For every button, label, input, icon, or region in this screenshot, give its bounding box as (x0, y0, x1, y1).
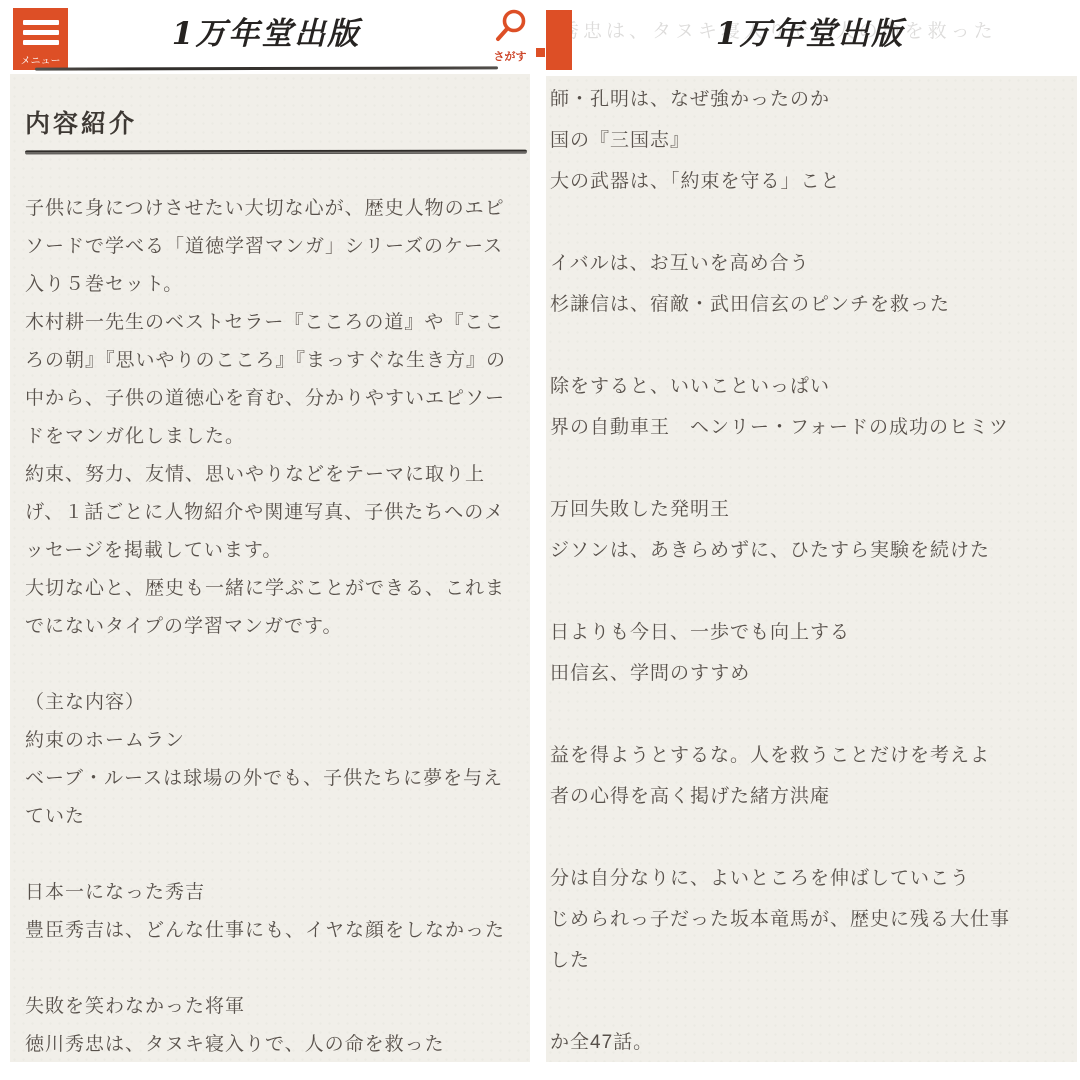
text-line: 益を得ようとするな。人を救うことだけを考えよ (550, 735, 1010, 776)
text-line: 日よりも今日、一歩でも向上する (550, 612, 1010, 653)
text-line: 入り５巻セット。 (25, 266, 530, 304)
text-line: 徳川秀忠は、タヌキ寝入りで、人の命を救った (25, 1026, 530, 1064)
text-line: ジソンは、あきらめずに、ひたすら実験を続けた (550, 530, 1010, 571)
text-line: 分は自分なりに、よいところを伸ばしていこう (550, 858, 1010, 899)
text-line: 子供に身につけさせたい大切な心が、歴史人物のエピ (25, 190, 530, 228)
section-title-underline (25, 150, 527, 155)
text-line: げ、１話ごとに人物紹介や関連写真、子供たちへのメ (25, 494, 530, 532)
text-line: 除をすると、いいこといっぱい (550, 366, 1010, 407)
text-line: 豊臣秀吉は、どんな仕事にも、イヤな顔をしなかった (25, 912, 530, 950)
text-line: イバルは、お互いを高め合う (550, 243, 1010, 284)
text-line: でにないタイプの学習マンガです。 (25, 608, 530, 646)
menu-button-fragment (536, 48, 545, 57)
text-line: ろの朝』『思いやりのこころ』『まっすぐな生き方』の (25, 342, 530, 380)
text-line: 中から、子供の道徳心を育む、分かりやすいエピソー (25, 380, 530, 418)
text-line: 木村耕一先生のベストセラー『こころの道』や『ここ (25, 304, 530, 342)
right-header: 秀忠は、タヌキ寝入りで、人の命を救った 1万年堂出版 (540, 0, 1080, 74)
text-line: 約束のホームラン (25, 722, 530, 760)
description-text-continued: 師・孔明は、なぜ強かったのか国の『三国志』大の武器は、「約束を守る」ことイバルは… (550, 79, 1010, 1062)
menu-button-label: メニュー (21, 52, 61, 67)
text-line: 国の『三国志』 (550, 120, 1010, 161)
text-line: 大切な心と、歴史も一緒に学ぶことができる、これま (25, 570, 530, 608)
text-line: 約束、努力、友情、思いやりなどをテーマに取り上 (25, 456, 530, 494)
right-screenshot-panel: 秀忠は、タヌキ寝入りで、人の命を救った 1万年堂出版 師・孔明は、なぜ強かったの… (540, 0, 1080, 1080)
left-header: メニュー 1万年堂出版 さがす (0, 0, 532, 74)
text-line: ベーブ・ルースは球場の外でも、子供たちに夢を与え (25, 760, 530, 798)
text-line (550, 571, 1010, 612)
text-line: （主な内容） (25, 684, 530, 722)
site-title: 1万年堂出版 (540, 8, 1080, 53)
text-line: ていた (25, 798, 530, 836)
text-line: 杉謙信は、宿敵・武田信玄のピンチを救った (550, 284, 1010, 325)
text-line: 日本一になった秀吉 (25, 874, 530, 912)
text-line: か全47話。 (550, 1022, 1010, 1062)
text-line (25, 950, 530, 988)
text-line (550, 325, 1010, 366)
text-line: じめられっ子だった坂本竜馬が、歴史に残る大仕事 (550, 899, 1010, 940)
text-line: 大の武器は、「約束を守る」こと (550, 161, 1010, 202)
text-line: ッセージを掲載しています。 (25, 532, 530, 570)
text-line: 田信玄、学問のすすめ (550, 653, 1010, 694)
text-line: ソードで学べる「道徳学習マンガ」シリーズのケース (25, 228, 530, 266)
text-line: 万回失敗した発明王 (550, 489, 1010, 530)
menu-button-cropped[interactable] (546, 10, 572, 70)
description-text: 子供に身につけさせたい大切な心が、歴史人物のエピソードで学べる「道徳学習マンガ」… (25, 190, 530, 1064)
text-line: 者の心得を高く掲げた緒方洪庵 (550, 776, 1010, 817)
text-line: 師・孔明は、なぜ強かったのか (550, 79, 1010, 120)
text-line (550, 448, 1010, 489)
section-title: 内容紹介 (25, 104, 137, 140)
text-line: した (550, 940, 1010, 981)
site-title: 1万年堂出版 (0, 8, 532, 53)
text-line (25, 836, 530, 874)
text-line (550, 202, 1010, 243)
left-screenshot-panel: メニュー 1万年堂出版 さがす 内容紹介 子供に身につけさせたい大切な心が、歴史… (0, 0, 532, 1080)
text-line (550, 817, 1010, 858)
text-line: ドをマンガ化しました。 (25, 418, 530, 456)
text-line: 失敗を笑わなかった将軍 (25, 988, 530, 1026)
left-content-area: 内容紹介 子供に身につけさせたい大切な心が、歴史人物のエピソードで学べる「道徳学… (10, 74, 530, 1062)
text-line (550, 694, 1010, 735)
text-line (550, 981, 1010, 1022)
right-content-area: 師・孔明は、なぜ強かったのか国の『三国志』大の武器は、「約束を守る」ことイバルは… (546, 76, 1077, 1062)
text-line (25, 646, 530, 684)
text-line: 界の自動車王 ヘンリー・フォードの成功のヒミツ (550, 407, 1010, 448)
